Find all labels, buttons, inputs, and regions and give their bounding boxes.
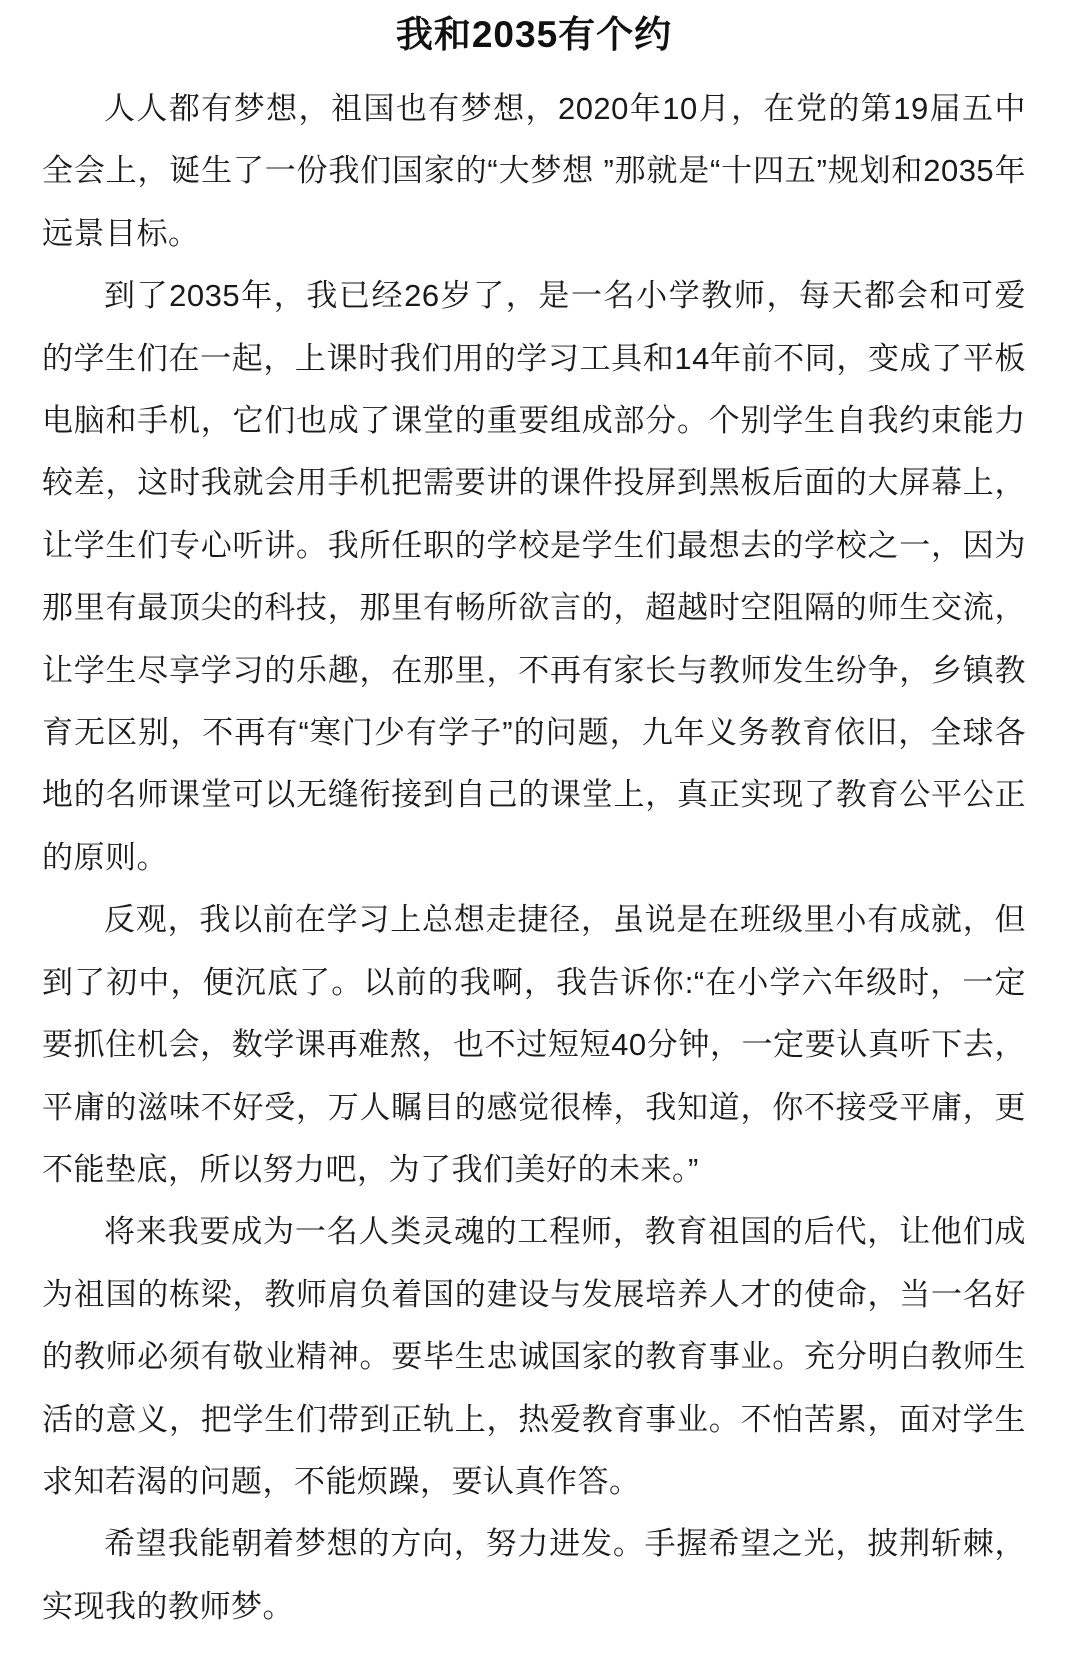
document-page: 我和2035有个约 人人都有梦想，祖国也有梦想，2020年10月，在党的第19届… [0, 0, 1068, 1668]
paragraph-future-engineer: 将来我要成为一名人类灵魂的工程师，教育祖国的后代，让他们成为祖国的栋梁，教师肩负… [42, 1201, 1026, 1513]
paragraph-year-2035-teacher: 到了2035年，我已经26岁了，是一名小学教师，每天都会和可爱的学生们在一起，上… [42, 265, 1026, 889]
paragraph-hope-closing: 希望我能朝着梦想的方向，努力进发。手握希望之光，披荆斩棘，实现我的教师梦。 [42, 1513, 1026, 1638]
paragraph-dream-intro: 人人都有梦想，祖国也有梦想，2020年10月，在党的第19届五中全会上，诞生了一… [42, 78, 1026, 265]
document-title: 我和2035有个约 [42, 6, 1026, 64]
paragraph-reflection: 反观，我以前在学习上总想走捷径，虽说是在班级里小有成就，但到了初中，便沉底了。以… [42, 889, 1026, 1201]
